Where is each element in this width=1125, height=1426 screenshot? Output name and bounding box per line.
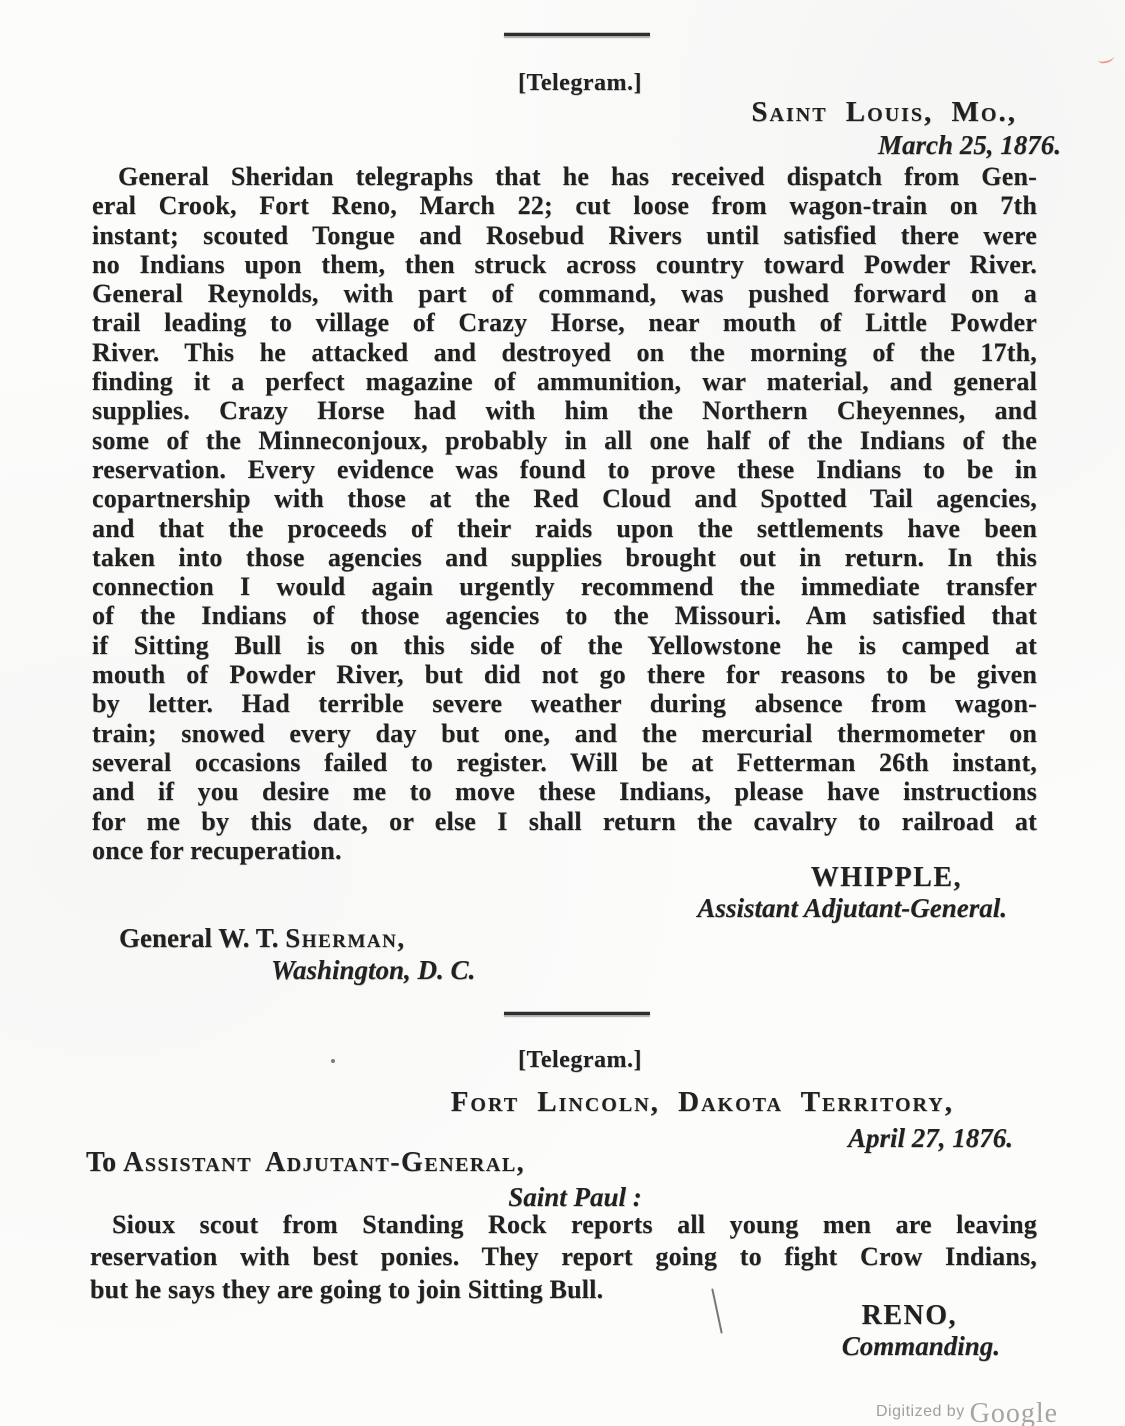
text-line: by letter. Had terrible severe weather d… (92, 689, 1037, 718)
text-line: for me by this date, or else I shall ret… (92, 807, 1037, 836)
pink-pen-mark (1097, 53, 1114, 65)
text-line: no Indians upon them, then struck across… (92, 250, 1037, 279)
text-line: mouth of Powder River, but did not go th… (92, 660, 1037, 689)
section-divider-rule (504, 33, 650, 36)
text-line: several occasions failed to register. Wi… (92, 748, 1037, 777)
text-line: supplies. Crazy Horse had with him the N… (92, 396, 1037, 425)
addressee-line: To Assistant Adjutant-General, (86, 1147, 525, 1179)
dateline-place: Fort Lincoln, Dakota Territory, (451, 1086, 954, 1119)
addressee-prefix: General W. T. (119, 923, 285, 953)
text-line: reservation. Every evidence was found to… (92, 455, 1037, 484)
addressee-prefix: To (86, 1147, 123, 1178)
addressee-place: Washington, D. C. (271, 955, 475, 986)
text-line: General Sheridan telegraphs that he has … (92, 162, 1037, 191)
text-line: once for recuperation. (92, 836, 1037, 865)
signature-title: Commanding. (842, 1331, 1000, 1362)
telegram-label: [Telegram.] (495, 70, 665, 97)
text-line: some of the Minneconjoux, probably in al… (92, 426, 1037, 455)
text-line: of the Indians of those agencies to the … (92, 601, 1037, 630)
watermark-prefix: Digitized by (876, 1403, 965, 1420)
text-line: copartnership with those at the Red Clou… (92, 484, 1037, 513)
text-line: and that the proceeds of their raids upo… (92, 514, 1037, 543)
signature-title: Assistant Adjutant-General. (697, 893, 1007, 924)
telegram-body: General Sheridan telegraphs that he has … (92, 162, 1037, 865)
text-line: Sioux scout from Standing Rock reports a… (90, 1209, 1037, 1241)
text-line: taken into those agencies and supplies b… (92, 543, 1037, 572)
text-line: and if you desire me to move these India… (92, 777, 1037, 806)
signature-name: WHIPPLE, (811, 862, 962, 894)
text-line: instant; scouted Tongue and Rosebud Rive… (92, 221, 1037, 250)
text-line: connection I would again urgently recomm… (92, 572, 1037, 601)
scan-speck (331, 1059, 335, 1063)
telegram-body: Sioux scout from Standing Rock reports a… (90, 1209, 1037, 1306)
signature-name: RENO, (862, 1300, 957, 1332)
addressee-line: General W. T. Sherman, (119, 923, 406, 954)
text-line: River. This he attacked and destroyed on… (92, 338, 1037, 367)
text-line: reservation with best ponies. They repor… (90, 1241, 1037, 1273)
section-divider-rule (504, 1012, 650, 1015)
text-line: eral Crook, Fort Reno, March 22; cut loo… (92, 191, 1037, 220)
text-line: finding it a perfect magazine of ammunit… (92, 367, 1037, 396)
telegram-label: [Telegram.] (495, 1047, 665, 1074)
digitized-watermark: Digitized by Google (876, 1398, 1058, 1426)
scanned-document-page: [Telegram.] Saint Louis, Mo., March 25, … (0, 0, 1125, 1426)
addressee-name: Sherman, (285, 923, 405, 953)
dateline-place: Saint Louis, Mo., (751, 96, 1017, 129)
text-line: trail leading to village of Crazy Horse,… (92, 308, 1037, 337)
dateline-date: April 27, 1876. (848, 1123, 1013, 1154)
google-logo: Google (970, 1398, 1058, 1426)
text-line: if Sitting Bull is on this side of the Y… (92, 631, 1037, 660)
dateline-date: March 25, 1876. (878, 130, 1061, 161)
addressee-name: Assistant Adjutant-General, (123, 1147, 525, 1178)
text-line: train; snowed every day but one, and the… (92, 719, 1037, 748)
text-line: General Reynolds, with part of command, … (92, 279, 1037, 308)
